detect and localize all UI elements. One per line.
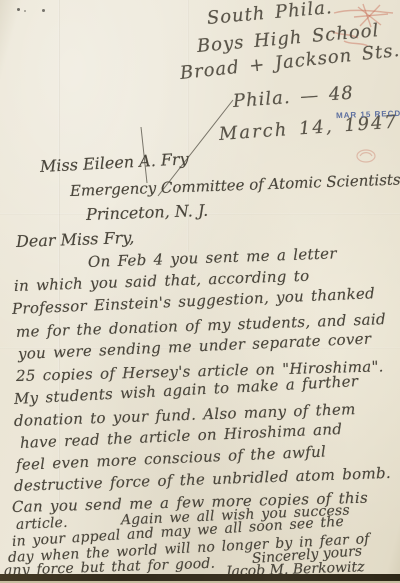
paper-speck xyxy=(17,8,20,11)
photo-edge xyxy=(0,574,400,581)
paper-speck xyxy=(24,10,26,12)
letter-photo: South Phila. Boys High School Broad + Ja… xyxy=(0,0,400,583)
paper-speck xyxy=(42,9,45,12)
